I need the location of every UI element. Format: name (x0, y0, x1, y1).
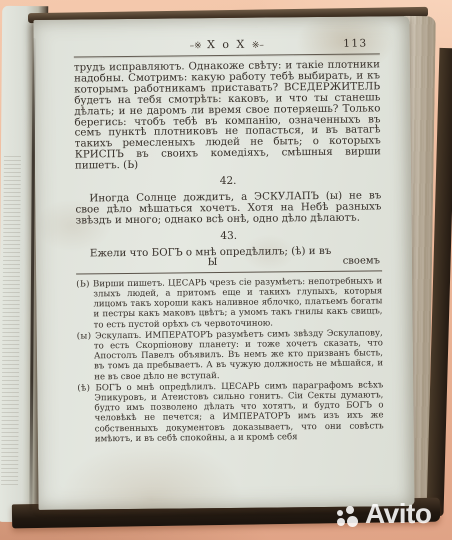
header-rule (74, 53, 380, 57)
footnote-text: Эскулапъ. ИМПЕРАТОРЪ разумѣетъ симъ звѣз… (94, 328, 383, 382)
avito-watermark: Avito (336, 500, 431, 531)
section-number-42: 42. (75, 174, 381, 188)
footnote-text: БОГЪ о мнѣ опредѣлилъ. ЦЕСАРЬ симъ параг… (94, 380, 383, 444)
footnote-marker: (ѣ) (77, 383, 90, 393)
paragraph-42: Иногда Солнце дождитъ, а ЭСКУЛАПЪ (ы) не… (75, 190, 381, 226)
footnote-item: (ы) Эскулапъ. ИМПЕРАТОРЪ разумѣетъ симъ … (77, 328, 384, 382)
footnote-item: (ѣ) БОГЪ о мнѣ опредѣлилъ. ЦЕСАРЬ симъ п… (77, 380, 384, 444)
book-page: –※ Х о Х ※– 113 трудъ исправляютъ. Однак… (33, 16, 414, 510)
footnote-marker: (ы) (77, 331, 92, 341)
footnote-text: Вирши пишетъ. ЦЕСАРЬ чрезъ сіе разумѣетъ… (93, 276, 383, 330)
paragraph-continuation: трудъ исправляютъ. Однакоже свѣту: и так… (74, 59, 381, 171)
catchword: своемъ (343, 256, 380, 267)
running-head: –※ Х о Х ※– 113 (74, 36, 380, 53)
running-head-title: Х о Х (207, 38, 246, 51)
avito-logo-icon (336, 505, 362, 531)
facing-page-text-blur (1, 156, 21, 486)
section-number-43: 43. (76, 229, 382, 243)
body-text: трудъ исправляютъ. Однакоже свѣту: и так… (74, 59, 382, 270)
page-content: –※ Х о Х ※– 113 трудъ исправляютъ. Однак… (74, 36, 384, 444)
header-ornament-right-icon: ※– (252, 41, 264, 51)
footnotes: (Ь) Вирши пишетъ. ЦЕСАРЬ чрезъ сіе разум… (76, 276, 384, 444)
signature-mark: Ы (208, 258, 218, 269)
footnote-separator-rule (76, 270, 382, 274)
footnote-item: (Ь) Вирши пишетъ. ЦЕСАРЬ чрезъ сіе разум… (76, 276, 383, 330)
signature-row: Ы своемъ (76, 256, 382, 270)
page-number: 113 (343, 37, 368, 49)
avito-wordmark: Avito (365, 500, 431, 528)
header-ornament-left-icon: –※ (189, 41, 201, 51)
footnote-marker: (Ь) (76, 279, 90, 289)
